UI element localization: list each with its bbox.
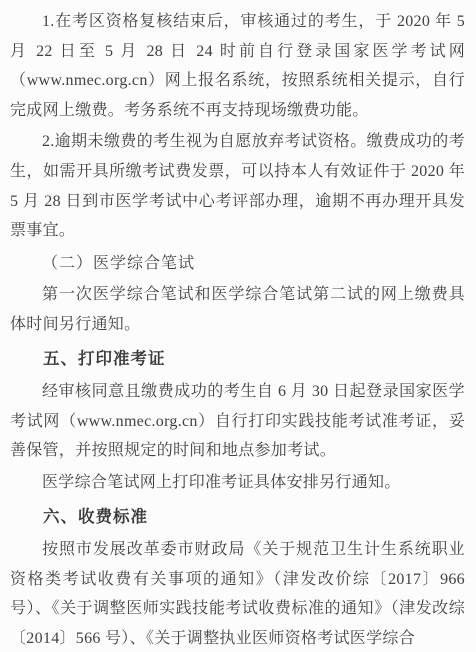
subheading-medical-comprehensive-written-exam: （二）医学综合笔试 xyxy=(10,249,465,279)
paragraph-print-admission-ticket-instructions: 经审核同意且缴费成功的考生自 6 月 30 日起登录国家医学考试网（www.nm… xyxy=(10,377,465,466)
paragraph-fee-policy-documents: 按照市发展改革委市财政局《关于规范卫生计生系统职业资格类考试收费有关事项的通知》… xyxy=(10,535,465,652)
heading-print-admission-ticket: 五、打印准考证 xyxy=(10,345,465,375)
document-page: 1.在考区资格复核结束后，审核通过的考生，于 2020 年 5 月 22 日至 … xyxy=(0,0,476,652)
paragraph-overdue-payment-invoice: 2.逾期未缴费的考生视为自愿放弃考试资格。缴费成功的考生，如需开具所缴考试费发票… xyxy=(10,127,465,245)
paragraph-written-exam-payment-time: 第一次医学综合笔试和医学综合笔试第二试的网上缴费具体时间另行通知。 xyxy=(10,280,465,339)
paragraph-online-payment-procedure: 1.在考区资格复核结束后，审核通过的考生，于 2020 年 5 月 22 日至 … xyxy=(10,7,465,125)
heading-fee-standard: 六、收费标准 xyxy=(10,503,465,533)
paragraph-written-exam-ticket-notice: 医学综合笔试网上打印准考证具体安排另行通知。 xyxy=(10,468,465,498)
